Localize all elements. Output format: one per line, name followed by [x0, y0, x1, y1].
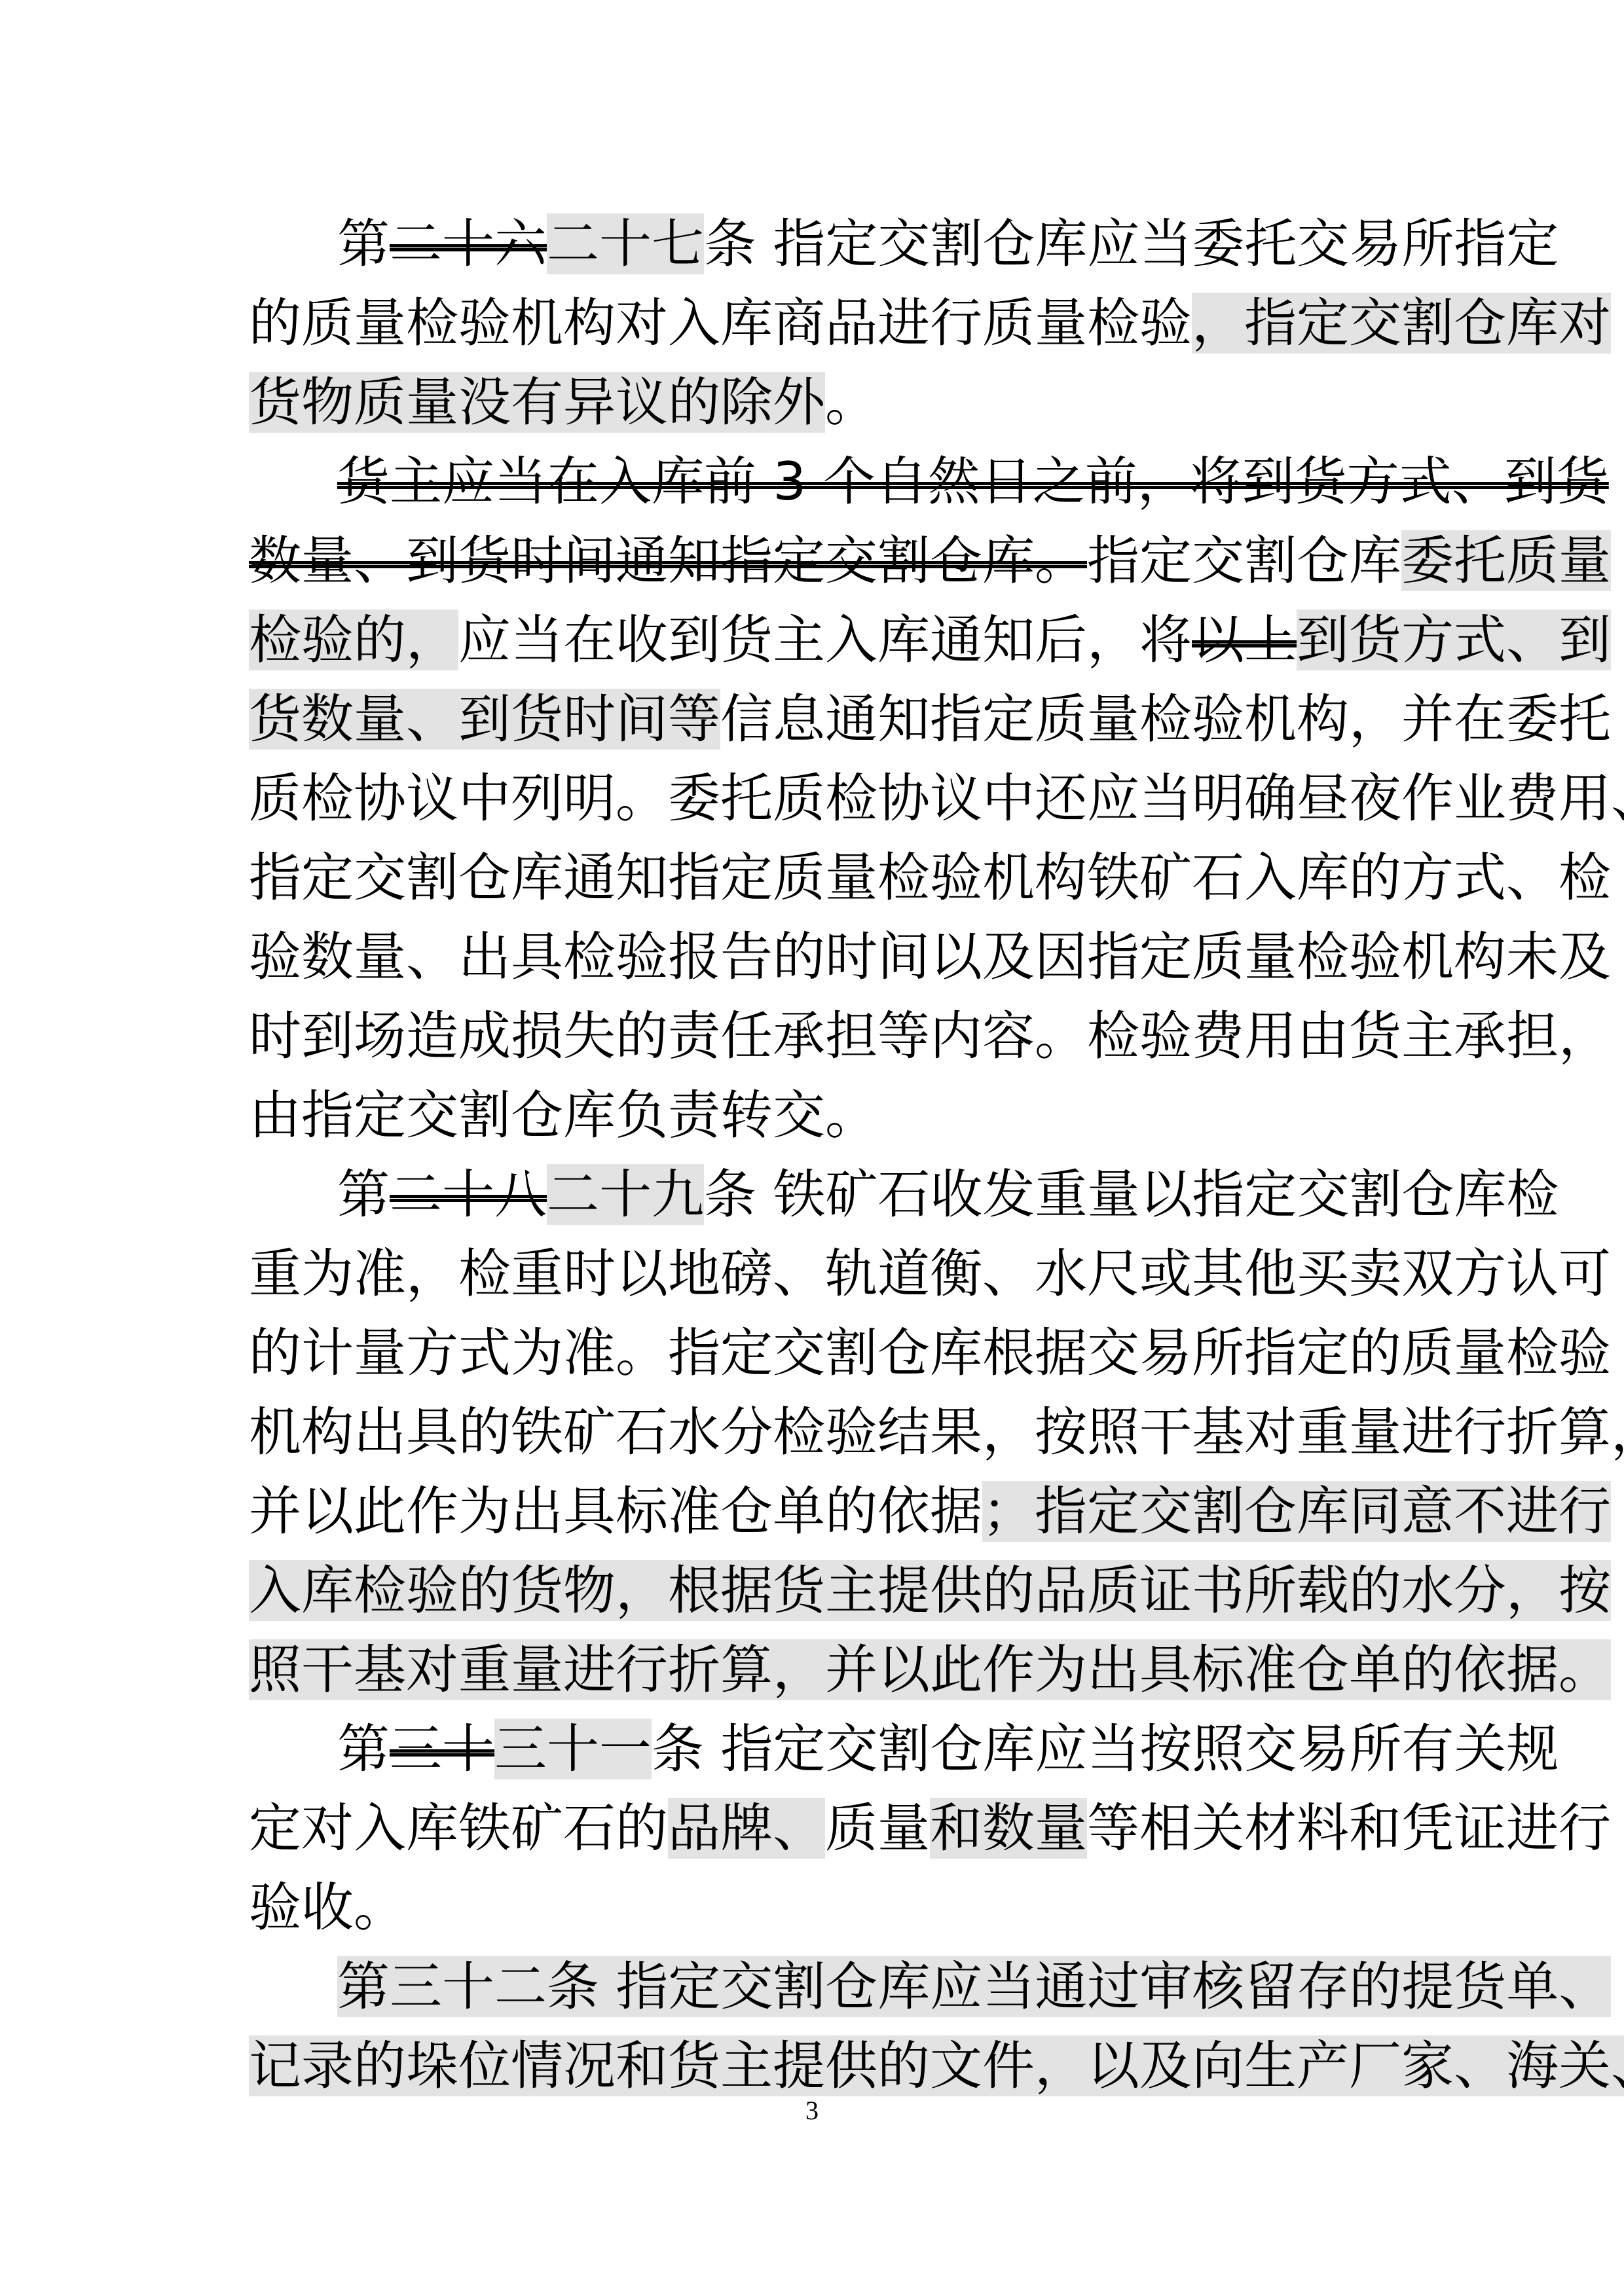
paragraph-art27-p2: 货主应当在入库前 3 个自然日之前，将到货方式、到货数量、到货时间通知指定交割仓… — [249, 442, 1382, 1155]
highlighted-text: 到货方式、到 — [1297, 610, 1611, 670]
text-run: 的质量检验机构对入库商品进行质量检验 — [249, 293, 1192, 354]
text-run: 的计量方式为准。指定交割仓库根据交易所指定的质量检验 — [249, 1322, 1611, 1383]
text-line: 质检协议中列明。委托质检协议中还应当明确昼夜作业费用、 — [249, 759, 1382, 838]
text-line: 货数量、到货时间等信息通知指定质量检验机构，并在委托 — [249, 680, 1382, 759]
highlighted-text: 三十一 — [494, 1719, 652, 1779]
highlighted-text: 第三十二条 指定交割仓库应当通过审核留存的提货单、 — [337, 1956, 1611, 2017]
deleted-text: 数量、到货时间通知指定交割仓库。 — [249, 530, 1087, 591]
highlighted-text: 二十七 — [547, 213, 704, 274]
paragraph-art31: 第三十三十一条 指定交割仓库应当按照交易所有关规定对入库铁矿石的品牌、质量和数量… — [249, 1709, 1382, 1947]
deleted-text: 二十八 — [390, 1164, 547, 1225]
text-line: 照干基对重量进行折算，并以此作为出具标准仓单的依据。 — [249, 1630, 1382, 1709]
deleted-text: 货主应当在入库前 3 个自然日之前，将到货方式、到货 — [337, 451, 1609, 512]
text-line: 重为准，检重时以地磅、轨道衡、水尺或其他买卖双方认可 — [249, 1234, 1382, 1313]
text-run: 时到场造成损失的责任承担等内容。检验费用由货主承担， — [249, 1006, 1611, 1066]
text-line: 验数量、出具检验报告的时间以及因指定质量检验机构未及 — [249, 917, 1382, 996]
text-run: 验收。 — [249, 1877, 406, 1938]
text-line: 第二十六二十七条 指定交割仓库应当委托交易所指定 — [249, 204, 1382, 283]
text-run: 并以此作为出具标准仓单的依据 — [249, 1481, 982, 1542]
document-page: 第二十六二十七条 指定交割仓库应当委托交易所指定的质量检验机构对入库商品进行质量… — [0, 0, 1624, 2296]
highlighted-text: 二十九 — [547, 1164, 704, 1225]
paragraph-art29: 第二十八二十九条 铁矿石收发重量以指定交割仓库检重为准，检重时以地磅、轨道衡、水… — [249, 1155, 1382, 1709]
deleted-text: 以上 — [1192, 610, 1297, 670]
text-run: 定对入库铁矿石的 — [249, 1798, 668, 1859]
text-line: 定对入库铁矿石的品牌、质量和数量等相关材料和凭证进行 — [249, 1789, 1382, 1868]
text-run: 重为准，检重时以地磅、轨道衡、水尺或其他买卖双方认可 — [249, 1243, 1611, 1304]
document-body: 第二十六二十七条 指定交割仓库应当委托交易所指定的质量检验机构对入库商品进行质量… — [249, 204, 1382, 2105]
highlighted-text: 货数量、到货时间等 — [249, 689, 720, 750]
highlighted-text: 照干基对重量进行折算，并以此作为出具标准仓单的依据。 — [249, 1639, 1611, 1700]
text-line: 并以此作为出具标准仓单的依据；指定交割仓库同意不进行 — [249, 1472, 1382, 1551]
highlighted-text: 检验的， — [249, 610, 458, 670]
highlighted-text: ；指定交割仓库同意不进行 — [982, 1481, 1611, 1542]
text-line: 时到场造成损失的责任承担等内容。检验费用由货主承担， — [249, 996, 1382, 1076]
text-run: 质量 — [825, 1798, 930, 1859]
text-run: 验数量、出具检验报告的时间以及因指定质量检验机构未及 — [249, 926, 1611, 987]
text-line: 指定交割仓库通知指定质量检验机构铁矿石入库的方式、检 — [249, 838, 1382, 917]
text-run: 机构出具的铁矿石水分检验结果，按照干基对重量进行折算， — [249, 1402, 1624, 1463]
text-line: 货主应当在入库前 3 个自然日之前，将到货方式、到货 — [249, 442, 1382, 521]
highlighted-text: 货物质量没有异议的除外 — [249, 372, 825, 433]
text-line: 第二十八二十九条 铁矿石收发重量以指定交割仓库检 — [249, 1155, 1382, 1234]
text-line: 检验的，应当在收到货主入库通知后，将以上到货方式、到 — [249, 600, 1382, 680]
text-run: 指定交割仓库通知指定质量检验机构铁矿石入库的方式、检 — [249, 847, 1611, 908]
paragraph-art32: 第三十二条 指定交割仓库应当通过审核留存的提货单、记录的垛位情况和货主提供的文件… — [249, 1947, 1382, 2105]
highlighted-text: 品牌、 — [668, 1798, 825, 1859]
text-run: 信息通知指定质量检验机构，并在委托 — [720, 689, 1611, 750]
deleted-text: 二十六 — [390, 213, 547, 274]
highlighted-text: 入库检验的货物，根据货主提供的品质证书所载的水分，按 — [249, 1560, 1611, 1621]
text-run: 条 铁矿石收发重量以指定交割仓库检 — [704, 1164, 1559, 1225]
text-line: 数量、到货时间通知指定交割仓库。指定交割仓库委托质量 — [249, 521, 1382, 600]
text-line: 由指定交割仓库负责转交。 — [249, 1076, 1382, 1155]
text-line: 的质量检验机构对入库商品进行质量检验，指定交割仓库对 — [249, 283, 1382, 363]
highlighted-text: 和数量 — [930, 1798, 1087, 1859]
text-line: 货物质量没有异议的除外。 — [249, 363, 1382, 442]
text-run: 质检协议中列明。委托质检协议中还应当明确昼夜作业费用、 — [249, 768, 1624, 829]
text-run: 指定交割仓库 — [1087, 530, 1401, 591]
text-line: 记录的垛位情况和货主提供的文件，以及向生产厂家、海关、 — [249, 2026, 1382, 2105]
highlighted-text: 委托质量 — [1401, 530, 1611, 591]
text-line: 第三十二条 指定交割仓库应当通过审核留存的提货单、 — [249, 1947, 1382, 2026]
text-line: 入库检验的货物，根据货主提供的品质证书所载的水分，按 — [249, 1551, 1382, 1630]
text-line: 验收。 — [249, 1868, 1382, 1947]
text-run: 第 — [337, 1164, 390, 1225]
highlighted-text: 记录的垛位情况和货主提供的文件，以及向生产厂家、海关、 — [249, 2035, 1624, 2096]
text-line: 的计量方式为准。指定交割仓库根据交易所指定的质量检验 — [249, 1313, 1382, 1393]
text-run: 第 — [337, 213, 390, 274]
deleted-text: 三十 — [390, 1719, 494, 1779]
text-run: 由指定交割仓库负责转交。 — [249, 1085, 877, 1146]
page-number: 3 — [0, 2095, 1624, 2126]
text-line: 机构出具的铁矿石水分检验结果，按照干基对重量进行折算， — [249, 1393, 1382, 1472]
paragraph-art27: 第二十六二十七条 指定交割仓库应当委托交易所指定的质量检验机构对入库商品进行质量… — [249, 204, 1382, 442]
text-run: 第 — [337, 1719, 390, 1779]
text-run: 应当在收到货主入库通知后，将 — [458, 610, 1192, 670]
text-line: 第三十三十一条 指定交割仓库应当按照交易所有关规 — [249, 1709, 1382, 1789]
text-run: 等相关材料和凭证进行 — [1087, 1798, 1611, 1859]
text-run: 条 指定交割仓库应当按照交易所有关规 — [652, 1719, 1559, 1779]
text-run: 条 指定交割仓库应当委托交易所指定 — [704, 213, 1559, 274]
highlighted-text: ，指定交割仓库对 — [1192, 293, 1611, 354]
text-run: 。 — [825, 372, 877, 433]
